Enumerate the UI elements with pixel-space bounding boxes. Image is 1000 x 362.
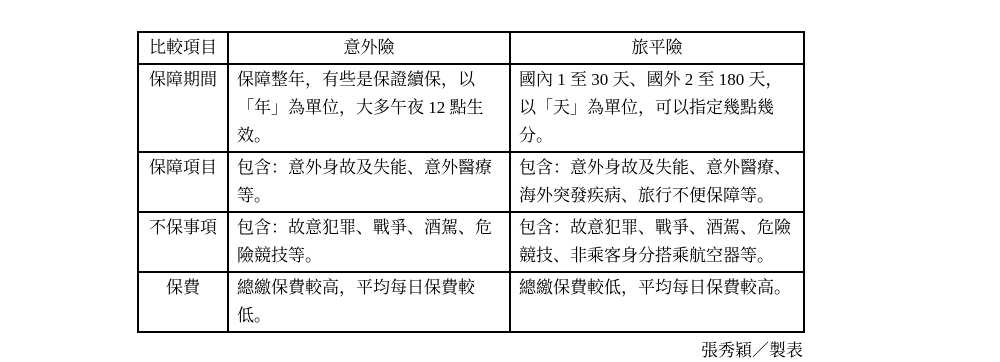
credit-line: 張秀穎／製表	[137, 340, 803, 362]
travel-exclusions-cell: 包含：故意犯罪、戰爭、酒駕、危險競技、非乘客身分搭乘航空器等。	[510, 212, 804, 272]
table-row-coverage-period: 保障期間 保障整年，有些是保證續保，以「年」為單位，大多午夜 12 點生效。 國…	[138, 64, 804, 152]
row-label-coverage-period: 保障期間	[138, 64, 228, 152]
header-accident-insurance: 意外險	[228, 32, 510, 64]
table-row-exclusions: 不保事項 包含：故意犯罪、戰爭、酒駕、危險競技等。 包含：故意犯罪、戰爭、酒駕、…	[138, 212, 804, 272]
accident-coverage-period-cell: 保障整年，有些是保證續保，以「年」為單位，大多午夜 12 點生效。	[228, 64, 510, 152]
comparison-table-wrap: 比較項目 意外險 旅平險 保障期間 保障整年，有些是保證續保，以「年」為單位，大…	[137, 31, 803, 362]
travel-coverage-period-cell: 國內 1 至 30 天、國外 2 至 180 天，以「天」為單位，可以指定幾點幾…	[510, 64, 804, 152]
row-label-coverage-items: 保障項目	[138, 152, 228, 212]
table-row-premium: 保費 總繳保費較高，平均每日保費較低。 總繳保費較低，平均每日保費較高。	[138, 272, 804, 332]
accident-coverage-items-cell: 包含：意外身故及失能、意外醫療等。	[228, 152, 510, 212]
insurance-comparison-table: 比較項目 意外險 旅平險 保障期間 保障整年，有些是保證續保，以「年」為單位，大…	[137, 31, 805, 333]
table-row-coverage-items: 保障項目 包含：意外身故及失能、意外醫療等。 包含：意外身故及失能、意外醫療、海…	[138, 152, 804, 212]
header-compare-item: 比較項目	[138, 32, 228, 64]
table-header-row: 比較項目 意外險 旅平險	[138, 32, 804, 64]
page: 比較項目 意外險 旅平險 保障期間 保障整年，有些是保證續保，以「年」為單位，大…	[0, 0, 1000, 304]
row-label-premium: 保費	[138, 272, 228, 332]
travel-premium-cell: 總繳保費較低，平均每日保費較高。	[510, 272, 804, 332]
accident-premium-cell: 總繳保費較高，平均每日保費較低。	[228, 272, 510, 332]
accident-exclusions-cell: 包含：故意犯罪、戰爭、酒駕、危險競技等。	[228, 212, 510, 272]
travel-coverage-items-cell: 包含：意外身故及失能、意外醫療、海外突發疾病、旅行不便保障等。	[510, 152, 804, 212]
header-travel-insurance: 旅平險	[510, 32, 804, 64]
row-label-exclusions: 不保事項	[138, 212, 228, 272]
